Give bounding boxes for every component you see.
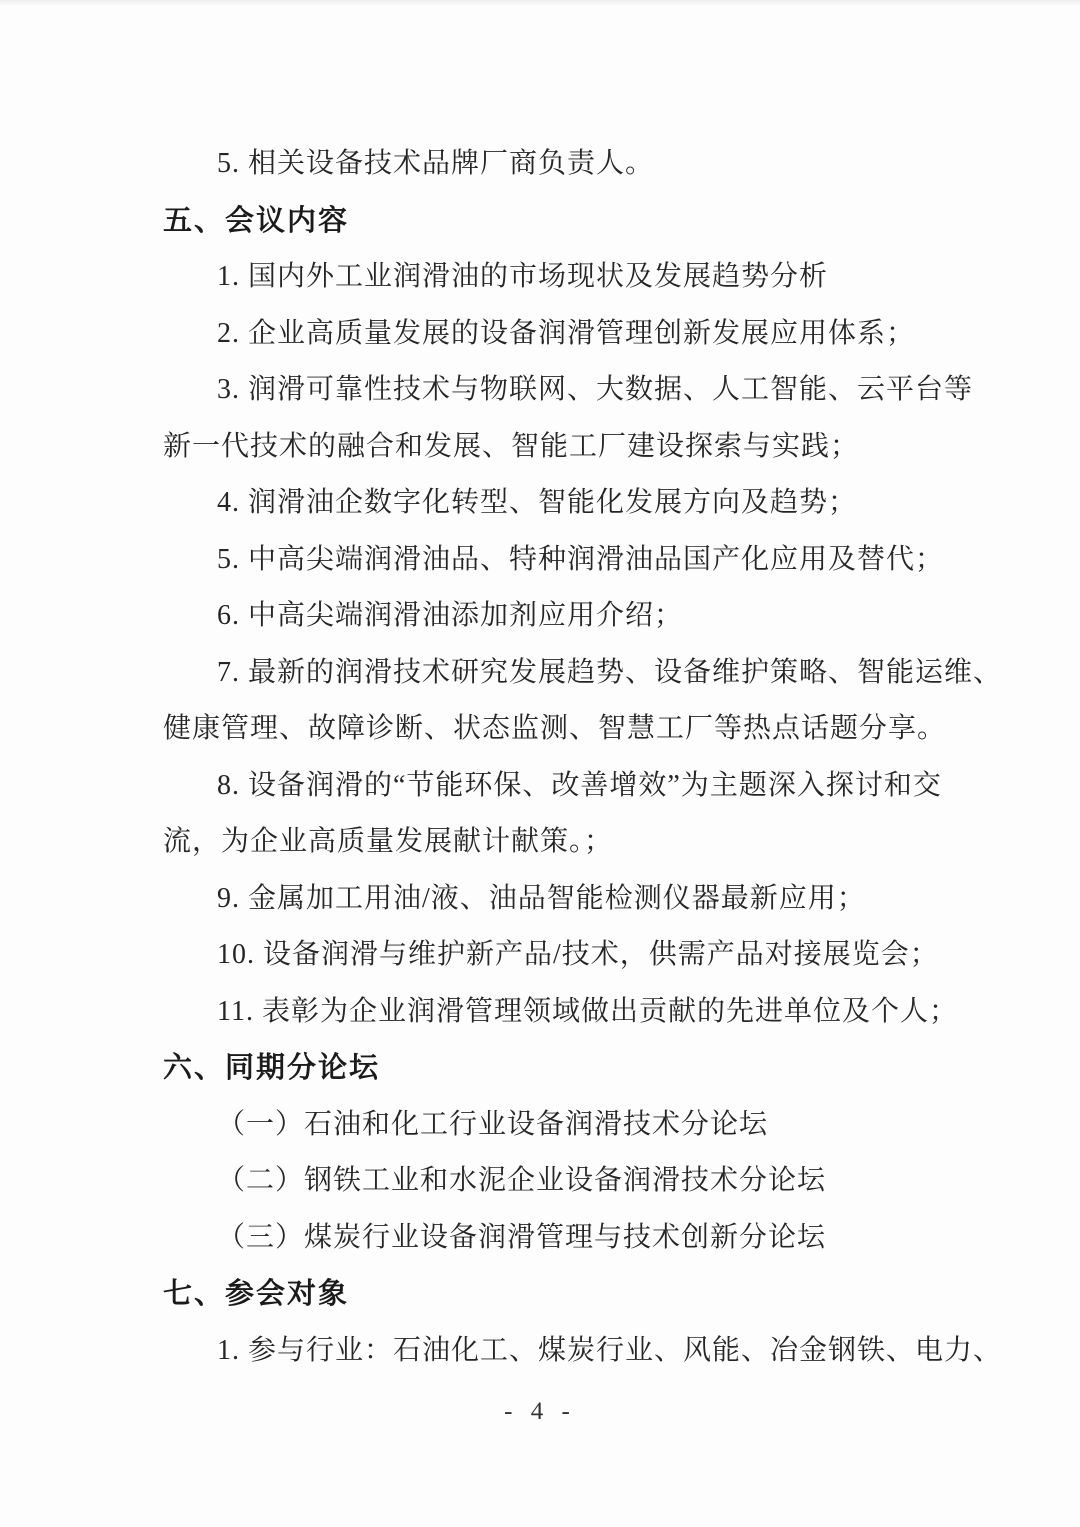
list-item-continuation: 健康管理、故障诊断、状态监测、智慧工厂等热点话题分享。 bbox=[163, 701, 943, 758]
subforum-item: （三）煤炭行业设备润滑管理与技术创新分论坛 bbox=[163, 1210, 943, 1267]
document-page: 5. 相关设备技术品牌厂商负责人。 五、会议内容 1. 国内外工业润滑油的市场现… bbox=[0, 0, 1080, 1527]
page-footer: - 4 - bbox=[0, 1398, 1080, 1426]
list-item: 4. 润滑油企数字化转型、智能化发展方向及趋势； bbox=[163, 475, 943, 532]
list-item: 7. 最新的润滑技术研究发展趋势、设备维护策略、智能运维、 bbox=[163, 645, 943, 702]
list-item-continuation: 流，为企业高质量发展献计献策。； bbox=[163, 814, 943, 871]
list-item: 1. 国内外工业润滑油的市场现状及发展趋势分析 bbox=[163, 249, 943, 306]
list-item: 5. 相关设备技术品牌厂商负责人。 bbox=[163, 136, 943, 193]
subforum-item: （二）钢铁工业和水泥企业设备润滑技术分论坛 bbox=[163, 1153, 943, 1210]
list-item: 1. 参与行业：石油化工、煤炭行业、风能、冶金钢铁、电力、 bbox=[163, 1323, 943, 1380]
document-body: 5. 相关设备技术品牌厂商负责人。 五、会议内容 1. 国内外工业润滑油的市场现… bbox=[163, 136, 943, 1379]
list-item: 5. 中高尖端润滑油品、特种润滑油品国产化应用及替代； bbox=[163, 532, 943, 589]
section-heading-5: 五、会议内容 bbox=[163, 193, 943, 250]
list-item: 10. 设备润滑与维护新产品/技术，供需产品对接展览会； bbox=[163, 927, 943, 984]
list-item: 8. 设备润滑的“节能环保、改善增效”为主题深入探讨和交 bbox=[163, 758, 943, 815]
list-item: 9. 金属加工用油/液、油品智能检测仪器最新应用； bbox=[163, 871, 943, 928]
page-number: - 4 - bbox=[504, 1398, 576, 1425]
list-item: 6. 中高尖端润滑油添加剂应用介绍； bbox=[163, 588, 943, 645]
list-item-continuation: 新一代技术的融合和发展、智能工厂建设探索与实践； bbox=[163, 419, 943, 476]
list-item: 11. 表彰为企业润滑管理领域做出贡献的先进单位及个人； bbox=[163, 984, 943, 1041]
list-item: 3. 润滑可靠性技术与物联网、大数据、人工智能、云平台等 bbox=[163, 362, 943, 419]
section-heading-7: 七、参会对象 bbox=[163, 1266, 943, 1323]
list-item: 2. 企业高质量发展的设备润滑管理创新发展应用体系； bbox=[163, 306, 943, 363]
section-heading-6: 六、同期分论坛 bbox=[163, 1040, 943, 1097]
subforum-item: （一）石油和化工行业设备润滑技术分论坛 bbox=[163, 1097, 943, 1154]
